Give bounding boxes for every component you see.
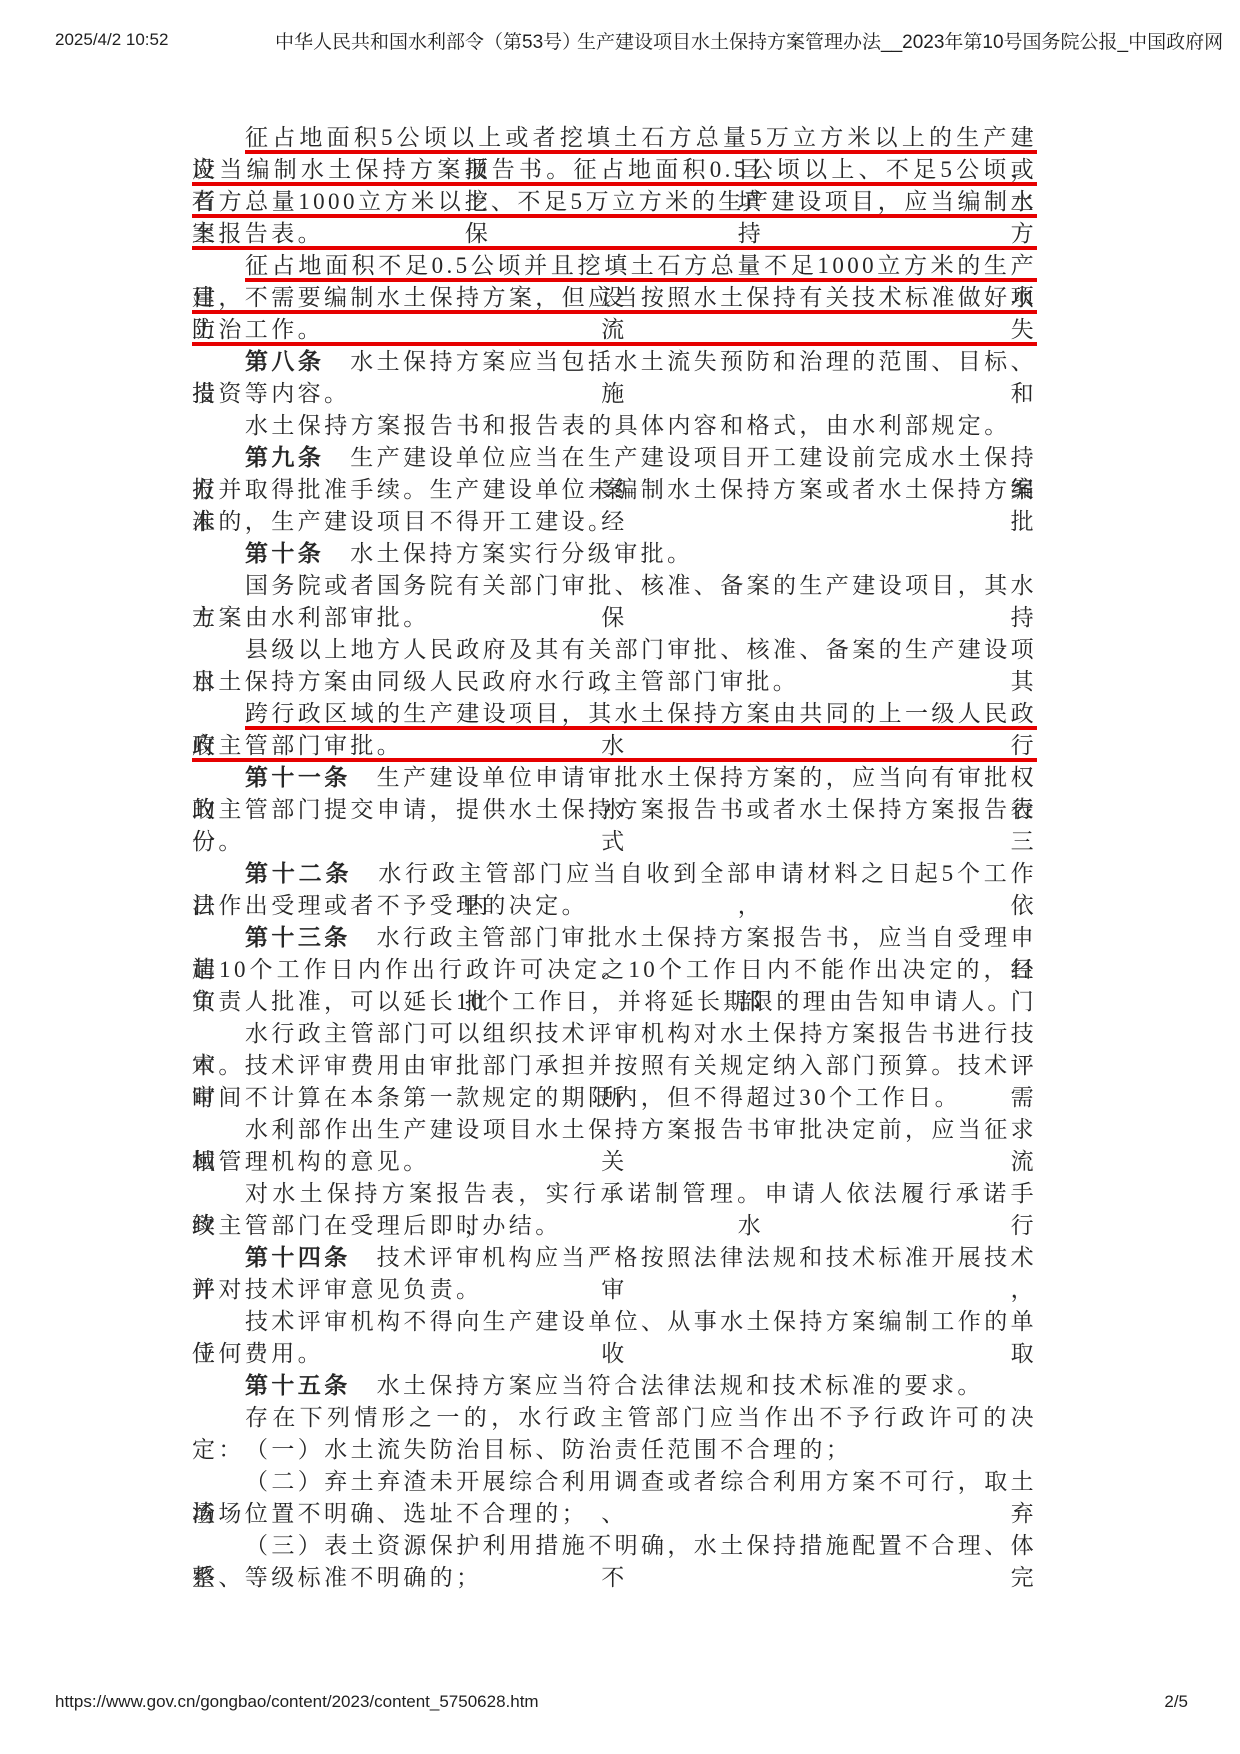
line-text: 并对技术评审意见负责。 (192, 1277, 482, 1302)
text-line: 审。技术评审费用由审批部门承担并按照有关规定纳入部门预算。技术评审所需 (192, 1050, 1037, 1082)
article-number: 第十一条 (245, 765, 351, 790)
text-line: 水土保持方案报告书和报告表的具体内容和格式，由水利部规定。 (192, 410, 1037, 442)
line-text: 时间不计算在本条第一款规定的期限内，但不得超过30个工作日。 (192, 1085, 961, 1110)
line-text: 整、等级标准不明确的； (192, 1565, 482, 1590)
text-line: 县级以上地方人民政府及其有关部门审批、核准、备案的生产建设项目，其 (192, 634, 1037, 666)
article-number: 第十三条 (245, 925, 351, 950)
text-line: 第十三条水行政主管部门审批水土保持方案报告书，应当自受理申请之日 (192, 922, 1037, 954)
text-line: 第十四条技术评审机构应当严格按照法律法规和技术标准开展技术评审， (192, 1242, 1037, 1274)
print-header-page-title: 生产建设项目水土保持方案管理办法__2023年第10号国务院公报_中国政府网 (577, 27, 1223, 54)
article-number: 第十二条 (245, 861, 352, 886)
text-line: 政主管部门提交申请，提供水土保持方案报告书或者水土保持方案报告表一式三 (192, 794, 1037, 826)
text-line: 征占地面积5公顷以上或者挖填土石方总量5万立方米以上的生产建设项目， (192, 122, 1037, 154)
text-line: 征占地面积不足0.5公顷并且挖填土石方总量不足1000立方米的生产建设项 (192, 250, 1037, 282)
line-text: 份。 (192, 829, 245, 854)
line-text: 防治工作。 (192, 317, 324, 342)
print-preview-page: { "page": { "header": { "datetime": "202… (0, 0, 1240, 1754)
text-line: 负责人批准，可以延长10个工作日，并将延长期限的理由告知申请人。 (192, 986, 1037, 1018)
line-text: 法作出受理或者不予受理的决定。 (192, 893, 588, 918)
line-text: 政主管部门在受理后即时办结。 (192, 1213, 562, 1238)
text-line: 起10个工作日内作出行政许可决定。10个工作日内不能作出决定的，经审批部门 (192, 954, 1037, 986)
line-text: 任何费用。 (192, 1341, 324, 1366)
line-text: （一）水土流失防治目标、防治责任范围不合理的； (245, 1437, 852, 1462)
text-line: （一）水土流失防治目标、防治责任范围不合理的； (192, 1434, 1037, 1466)
text-line: 第九条生产建设单位应当在生产建设项目开工建设前完成水土保持方案编 (192, 442, 1037, 474)
text-line: 第十条水土保持方案实行分级审批。 (192, 538, 1037, 570)
document-body: 征占地面积5公顷以上或者挖填土石方总量5万立方米以上的生产建设项目，应当编制水土… (192, 122, 1037, 1594)
article-number: 第九条 (245, 445, 324, 470)
line-text: 渣场位置不明确、选址不合理的； (192, 1501, 588, 1526)
text-line: 第八条水土保持方案应当包括水土流失预防和治理的范围、目标、措施和 (192, 346, 1037, 378)
line-text: 域管理机构的意见。 (192, 1149, 430, 1174)
text-line: 跨行政区域的生产建设项目，其水土保持方案由共同的上一级人民政府水行 (192, 698, 1037, 730)
print-header-document-number: 中华人民共和国水利部令（第53号） (275, 27, 581, 54)
text-line: 石方总量1000立方米以上、不足5万立方米的生产建设项目，应当编制水土保持方 (192, 186, 1037, 218)
text-line: 目，不需要编制水土保持方案，但应当按照水土保持有关技术标准做好水土流失 (192, 282, 1037, 314)
line-text: 案报告表。 (192, 221, 324, 246)
text-line: 第十二条水行政主管部门应当自收到全部申请材料之日起5个工作日内，依 (192, 858, 1037, 890)
line-text: 政主管部门提交申请，提供水土保持方案报告书或者水土保持方案报告表一式三 (192, 797, 1037, 854)
article-number: 第十四条 (245, 1245, 351, 1270)
text-line: （三）表土资源保护利用措施不明确，水土保持措施配置不合理、体系不完 (192, 1530, 1037, 1562)
text-line: 第十一条生产建设单位申请审批水土保持方案的，应当向有审批权的水行 (192, 762, 1037, 794)
print-footer-url: https://www.gov.cn/gongbao/content/2023/… (55, 1692, 539, 1712)
text-line: （二）弃土弃渣未开展综合利用调查或者综合利用方案不可行，取土场、弃 (192, 1466, 1037, 1498)
text-line: 第十五条水土保持方案应当符合法律法规和技术标准的要求。 (192, 1370, 1037, 1402)
print-footer-page-indicator: 2/5 (1164, 1692, 1188, 1712)
text-line: 技术评审机构不得向生产建设单位、从事水土保持方案编制工作的单位收取 (192, 1306, 1037, 1338)
line-text: 水土保持方案应当符合法律法规和技术标准的要求。 (377, 1373, 984, 1398)
text-line: 对水土保持方案报告表，实行承诺制管理。申请人依法履行承诺手续，水行 (192, 1178, 1037, 1210)
print-header-datetime: 2025/4/2 10:52 (55, 30, 168, 50)
line-text: 负责人批准，可以延长10个工作日，并将延长期限的理由告知申请人。 (192, 989, 1014, 1014)
text-line: 水行政主管部门可以组织技术评审机构对水土保持方案报告书进行技术评 (192, 1018, 1037, 1050)
line-text: 准的，生产建设项目不得开工建设。 (192, 509, 614, 534)
text-line: 水利部作出生产建设项目水土保持方案报告书审批决定前，应当征求相关流 (192, 1114, 1037, 1146)
text-line: 报并取得批准手续。生产建设单位未编制水土保持方案或者水土保持方案未经批 (192, 474, 1037, 506)
line-text: 方案由水利部审批。 (192, 605, 430, 630)
line-text: 水土保持方案报告书和报告表的具体内容和格式，由水利部规定。 (245, 413, 1011, 438)
text-line: 存在下列情形之一的，水行政主管部门应当作出不予行政许可的决定： (192, 1402, 1037, 1434)
text-line: 应当编制水土保持方案报告书。征占地面积0.5公顷以上、不足5公顷或者挖填土 (192, 154, 1037, 186)
article-number: 第八条 (245, 349, 324, 374)
text-line: 时间不计算在本条第一款规定的期限内，但不得超过30个工作日。 (192, 1082, 1037, 1114)
article-number: 第十条 (245, 541, 324, 566)
line-text: 水土保持方案实行分级审批。 (350, 541, 693, 566)
line-text: 投资等内容。 (192, 381, 350, 406)
text-line: 国务院或者国务院有关部门审批、核准、备案的生产建设项目，其水土保持 (192, 570, 1037, 602)
line-text: 政主管部门审批。 (192, 733, 403, 758)
article-number: 第十五条 (245, 1373, 351, 1398)
line-text: 水土保持方案由同级人民政府水行政主管部门审批。 (192, 669, 799, 694)
